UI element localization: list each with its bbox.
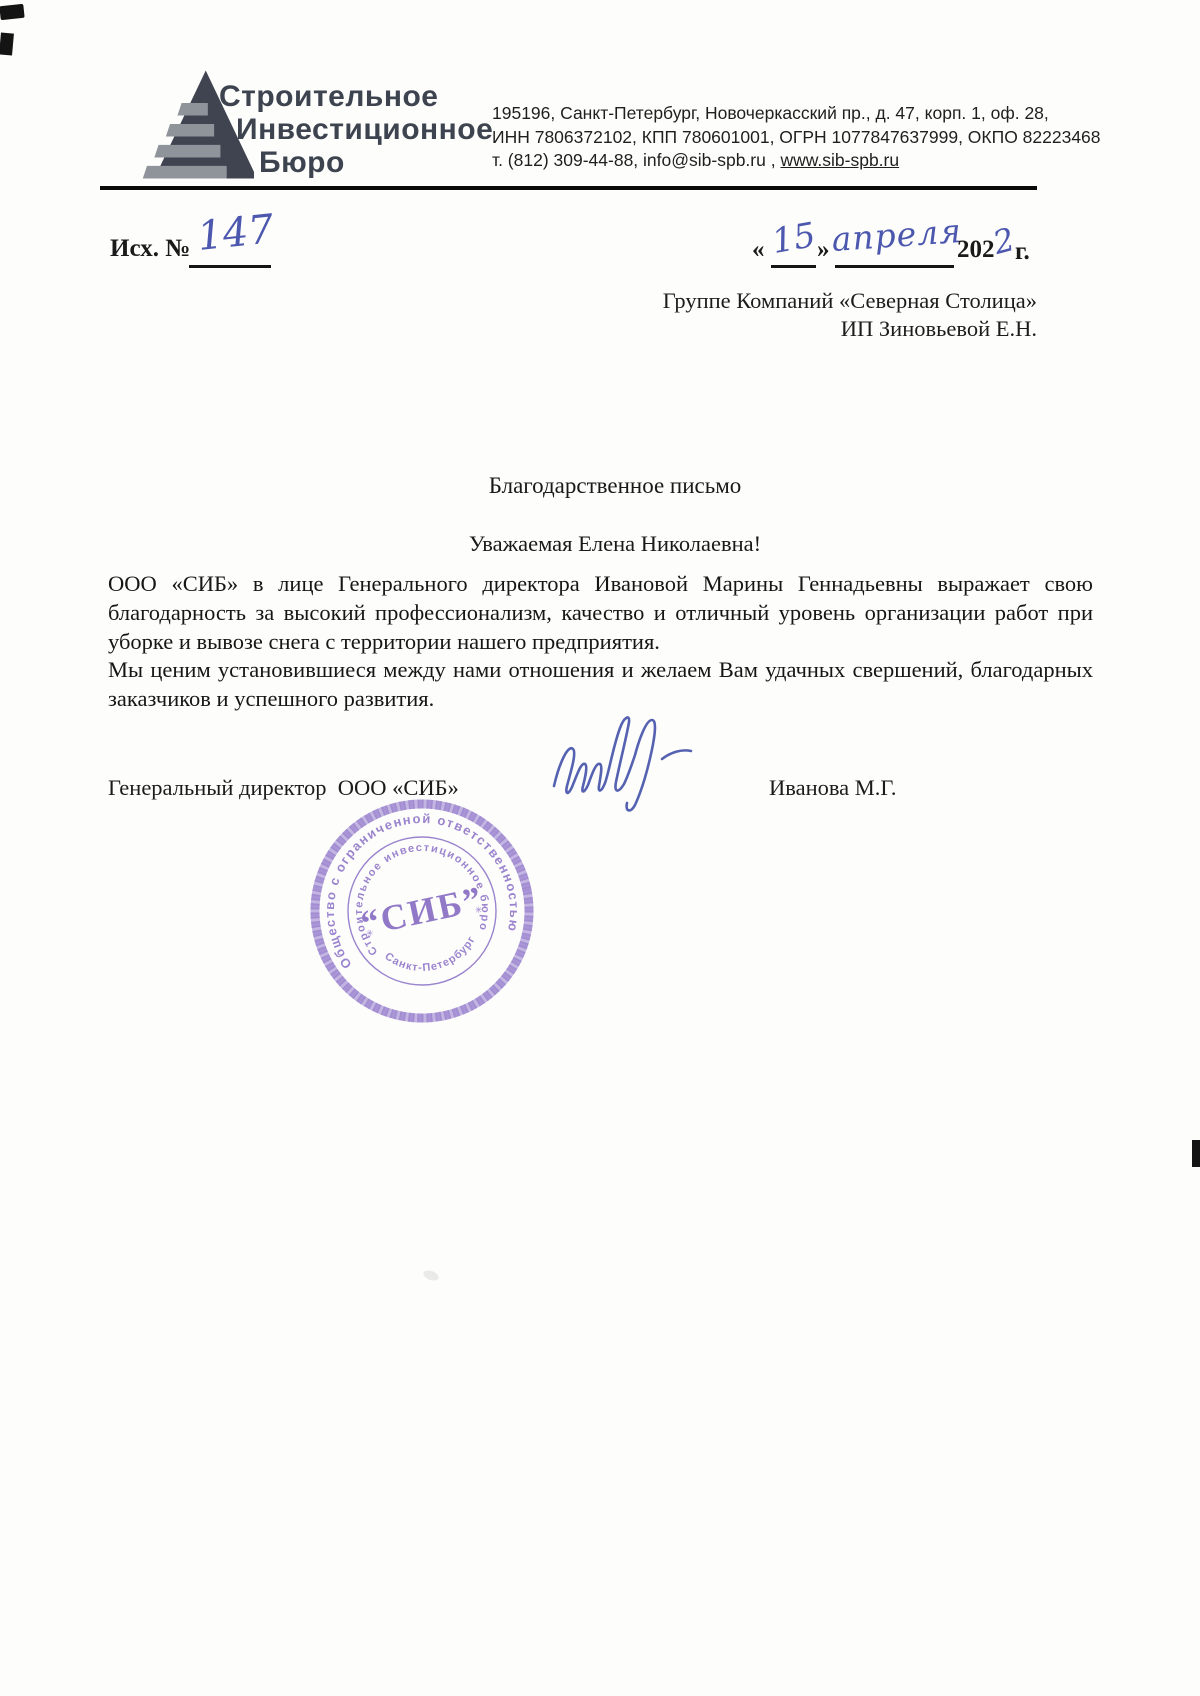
letter-body: ООО «СИБ» в лице Генерального директора … <box>108 570 1093 714</box>
date-month-handwritten: апреля <box>830 211 963 259</box>
phone-number: т. (812) 309-44-88, <box>492 150 643 170</box>
date-year-printed: 202 <box>957 236 995 264</box>
letter-page: Строительное Инвестиционное Бюро 195196,… <box>0 0 1200 1696</box>
stamp-outer-ring-text: Общество с ограниченной ответственностью <box>303 792 528 973</box>
date-month-blank-line <box>835 265 954 268</box>
signer-name: Иванова М.Г. <box>769 775 897 801</box>
outgoing-number-handwritten: 147 <box>195 206 276 260</box>
scan-artifact <box>0 32 14 55</box>
scan-smudge <box>422 1269 440 1283</box>
outgoing-number-blank-line <box>189 265 271 268</box>
stamp-city-text: Санкт-Петербург <box>381 932 483 983</box>
email-address: info@sib-spb.ru <box>643 150 766 170</box>
logo-line: Инвестиционное <box>219 113 493 146</box>
recipient-line-1: Группе Компаний «Северная Столица» <box>537 287 1037 315</box>
date-day-handwritten: 15 <box>769 215 819 262</box>
header-divider <box>100 186 1037 190</box>
date-open-quote: « <box>752 236 765 264</box>
company-requisites: 195196, Санкт-Петербург, Новочеркасский … <box>492 102 1101 173</box>
body-paragraph-1: ООО «СИБ» в лице Генерального директора … <box>108 570 1093 656</box>
recipient-line-2: ИП Зиновьевой Е.Н. <box>537 315 1037 343</box>
letter-salutation: Уважаемая Елена Николаевна! <box>100 531 1130 557</box>
contacts-separator: , <box>766 150 781 170</box>
address-line: 195196, Санкт-Петербург, Новочеркасский … <box>492 102 1101 126</box>
contacts-line: т. (812) 309-44-88, info@sib-spb.ru , ww… <box>492 149 1101 173</box>
registration-line: ИНН 7806372102, КПП 780601001, ОГРН 1077… <box>492 126 1101 150</box>
date-era-label: г. <box>1015 238 1030 266</box>
outgoing-number-label: Исх. № <box>110 235 190 263</box>
website-link[interactable]: www.sib-spb.ru <box>780 150 899 170</box>
scan-artifact <box>0 4 25 20</box>
date-close-quote: » <box>817 236 830 264</box>
company-logo-wordmark: Строительное Инвестиционное Бюро <box>219 80 493 179</box>
logo-line: Бюро <box>219 146 493 179</box>
stamp-center-text: “СИБ” <box>357 879 486 944</box>
letter-title: Благодарственное письмо <box>100 473 1130 499</box>
recipient-block: Группе Компаний «Северная Столица» ИП Зи… <box>537 287 1037 343</box>
logo-line: Строительное <box>219 80 493 113</box>
scan-artifact <box>1192 1140 1200 1167</box>
svg-text:Санкт-Петербург: Санкт-Петербург <box>381 932 483 983</box>
svg-text:Общество с ограниченной ответс: Общество с ограниченной ответственностью <box>303 792 528 973</box>
company-round-stamp: Общество с ограниченной ответственностью… <box>303 792 541 1030</box>
signature-autograph <box>540 702 715 814</box>
date-day-blank-line <box>771 265 816 268</box>
